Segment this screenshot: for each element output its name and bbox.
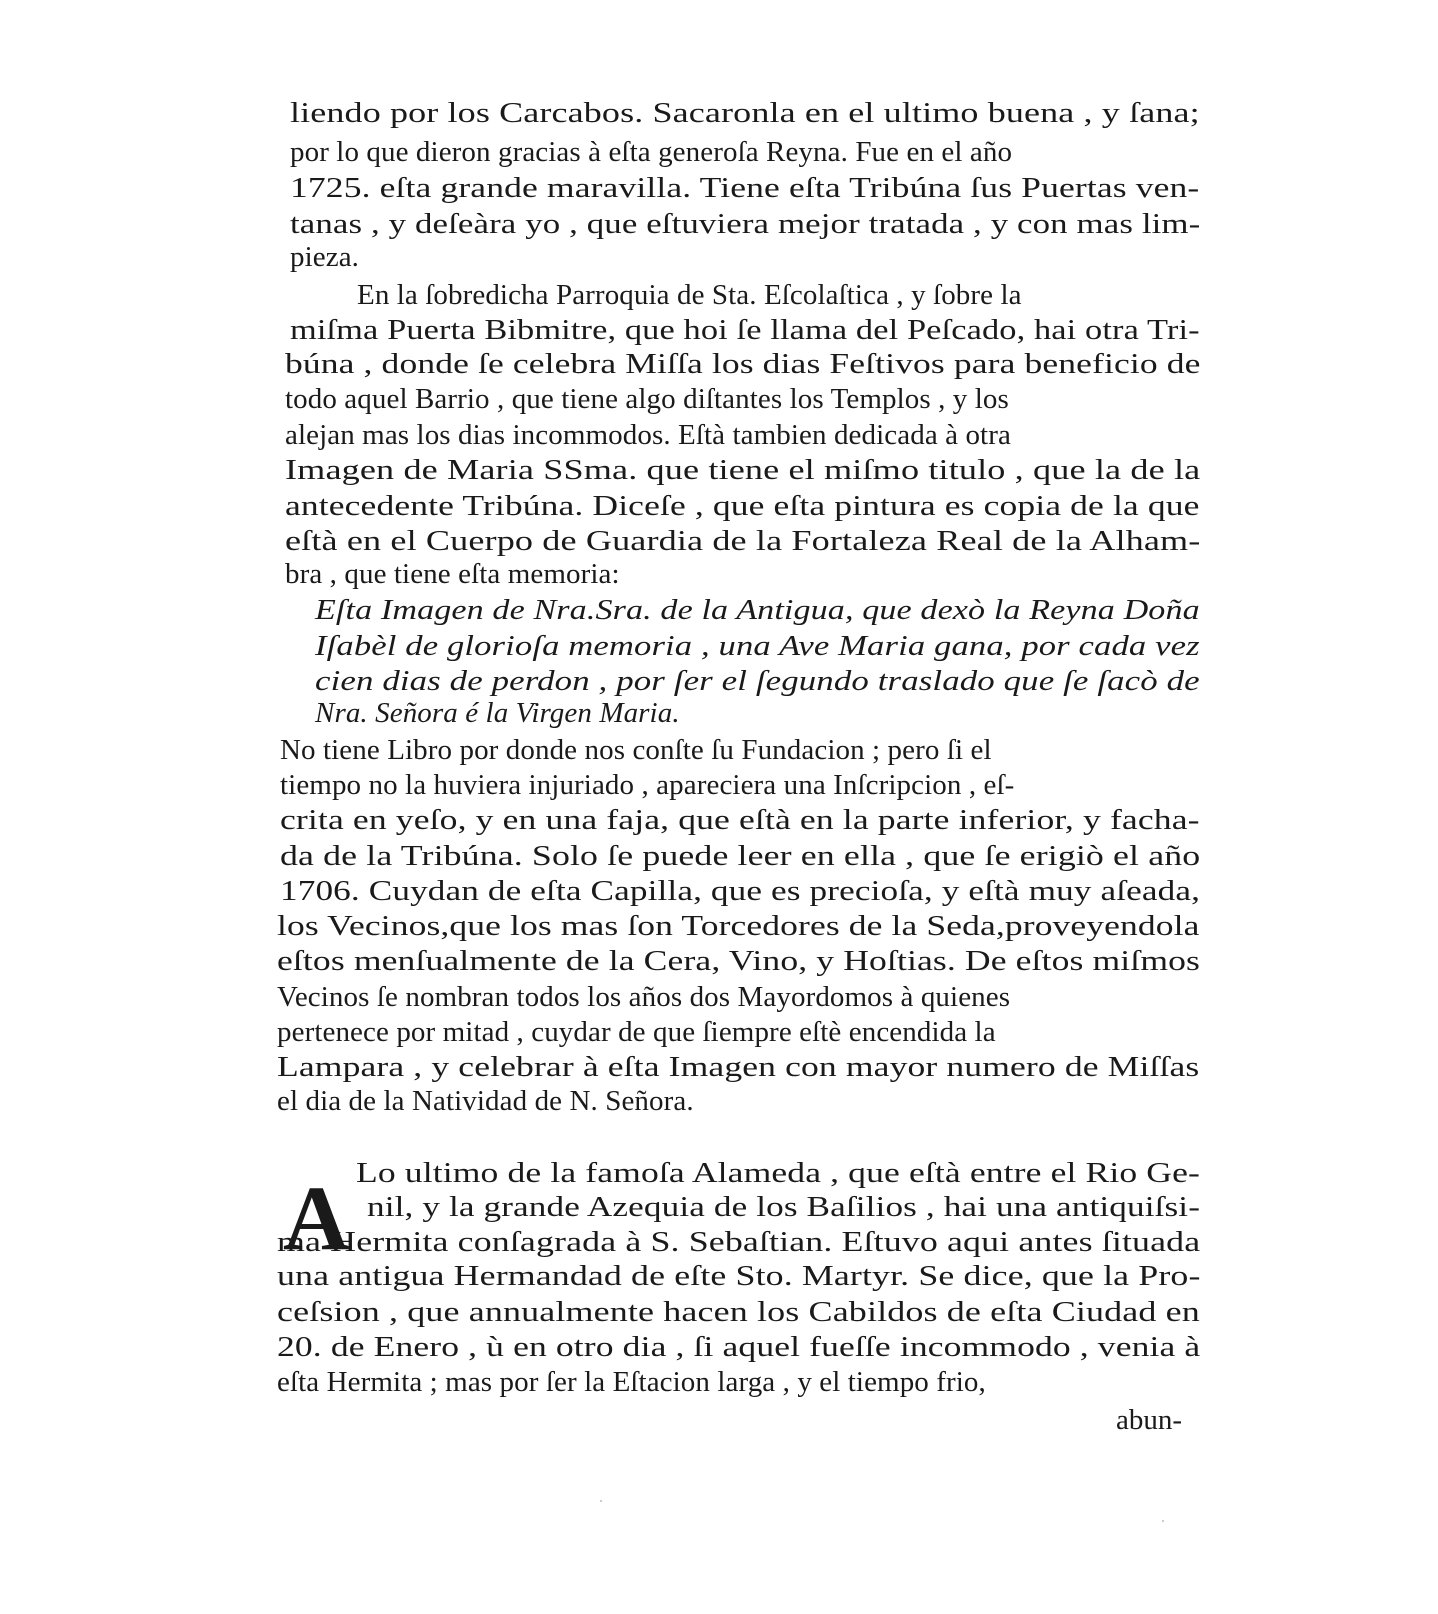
book-page: liendo por los Carcabos. Sacaronla en el… <box>0 0 1438 1614</box>
text-line: eſtos menſualmente de la Cera, Vino, y H… <box>277 944 1200 978</box>
text-line: 1706. Cuydan de eſta Capilla, que es pre… <box>280 874 1200 908</box>
scan-speck <box>600 1500 602 1502</box>
text-line: cien dias de perdon , por ſer el ſegundo… <box>315 664 1200 698</box>
scan-speck <box>1162 1520 1164 1522</box>
text-line: Lo ultimo de la famoſa Alameda , que eſt… <box>356 1156 1200 1190</box>
text-line: bra , que tiene eſta memoria: <box>285 557 620 591</box>
text-line: eſtà en el Cuerpo de Guardia de la Forta… <box>285 524 1200 558</box>
text-line: tanas , y deſeàra yo , que eſtuviera mej… <box>290 207 1200 241</box>
text-line: pertenece por mitad , cuydar de que ſiem… <box>277 1015 996 1049</box>
text-line: búna , donde ſe celebra Miſſa los dias F… <box>285 347 1201 381</box>
text-line: ma Hermita conſagrada à S. Sebaſtian. Eſ… <box>277 1225 1200 1259</box>
text-line: una antigua Hermandad de eſte Sto. Marty… <box>277 1259 1201 1293</box>
text-line: por lo que dieron gracias à eſta generoſ… <box>290 135 1012 169</box>
text-line: liendo por los Carcabos. Sacaronla en el… <box>290 96 1200 130</box>
text-line: los Vecinos,que los mas ſon Torcedores d… <box>277 909 1200 943</box>
text-line: miſma Puerta Bibmitre, que hoi ſe llama … <box>290 313 1200 347</box>
text-line: pieza. <box>290 240 359 274</box>
text-line: Imagen de Maria SSma. que tiene el miſmo… <box>285 453 1200 487</box>
text-line: Vecinos ſe nombran todos los años dos Ma… <box>277 980 1010 1014</box>
text-line: ceſsion , que annualmente hacen los Cabi… <box>277 1295 1200 1329</box>
text-line: eſta Hermita ; mas por ſer la Eſtacion l… <box>277 1365 986 1399</box>
text-line: Nra. Señora é la Virgen Maria. <box>315 696 680 730</box>
catchword: abun- <box>1116 1403 1182 1437</box>
text-line: crita en yeſo, y en una faja, que eſtà e… <box>280 803 1200 837</box>
text-line: nil, y la grande Azequia de los Baſilios… <box>367 1190 1200 1224</box>
text-line: todo aquel Barrio , que tiene algo diſta… <box>285 382 1009 416</box>
text-line: 20. de Enero , ù en otro dia , ſi aquel … <box>277 1330 1200 1364</box>
text-line: Lampara , y celebrar à eſta Imagen con m… <box>277 1050 1199 1084</box>
text-line: No tiene Libro por donde nos conſte ſu F… <box>280 733 992 767</box>
text-line: En la ſobredicha Parroquia de Sta. Eſcol… <box>357 278 1022 312</box>
text-line: alejan mas los dias incommodos. Eſtà tam… <box>285 418 1011 452</box>
text-line: Iſabèl de glorioſa memoria , una Ave Mar… <box>315 629 1200 663</box>
text-line: antecedente Tribúna. Diceſe , que eſta p… <box>285 489 1200 523</box>
text-line: el dia de la Natividad de N. Señora. <box>277 1084 694 1118</box>
text-line: da de la Tribúna. Solo ſe puede leer en … <box>280 839 1200 873</box>
text-line: Eſta Imagen de Nra.Sra. de la Antigua, q… <box>315 593 1200 627</box>
text-line: tiempo no la huviera injuriado , apareci… <box>280 768 1014 802</box>
text-line: 1725. eſta grande maravilla. Tiene eſta … <box>290 171 1199 205</box>
